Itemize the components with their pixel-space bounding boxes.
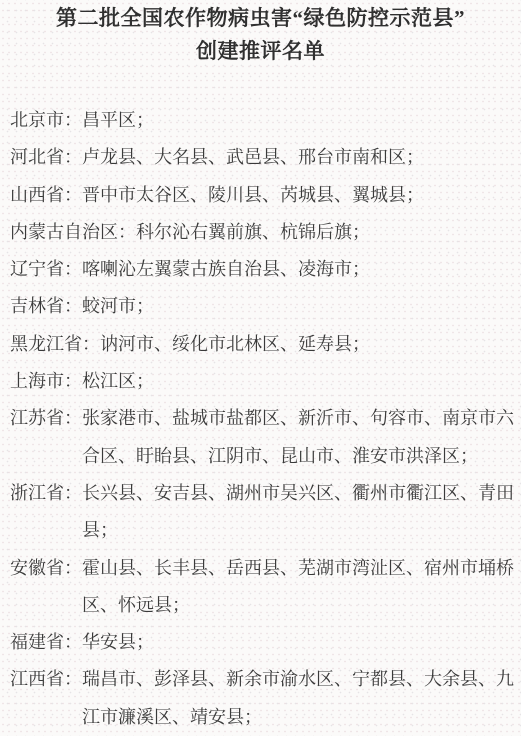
title-line-2: 创建推评名单 bbox=[0, 35, 521, 68]
province-entry-shanxi: 山西省：晋中市太谷区、陵川县、芮城县、翼城县； bbox=[10, 177, 516, 214]
province-label: 浙江省： bbox=[10, 483, 82, 503]
province-label: 吉林省： bbox=[10, 296, 82, 316]
province-label: 河北省： bbox=[10, 147, 82, 167]
province-regions: 霍山县、长丰县、岳西县、芜湖市湾沚区、宿州市埇桥区、怀远县； bbox=[82, 558, 514, 615]
province-entry-beijing: 北京市：昌平区； bbox=[10, 102, 516, 139]
province-regions: 昌平区； bbox=[82, 110, 154, 130]
province-regions: 松江区； bbox=[82, 371, 154, 391]
province-list: 北京市：昌平区； 河北省：卢龙县、大名县、武邑县、邢台市南和区； 山西省：晋中市… bbox=[10, 102, 516, 736]
province-regions: 喀喇沁左翼蒙古族自治县、凌海市； bbox=[82, 259, 370, 279]
province-label: 福建省： bbox=[10, 632, 82, 652]
province-regions: 瑞昌市、彭泽县、新余市渝水区、宁都县、大余县、九江市濂溪区、靖安县； bbox=[82, 669, 514, 726]
document-page: 第二批全国农作物病虫害“绿色防控示范县” 创建推评名单 北京市：昌平区； 河北省… bbox=[0, 0, 521, 736]
province-regions: 长兴县、安吉县、湖州市吴兴区、衢州市衢江区、青田县； bbox=[82, 483, 514, 540]
province-regions: 蛟河市； bbox=[82, 296, 154, 316]
province-entry-jiangxi: 江西省：瑞昌市、彭泽县、新余市渝水区、宁都县、大余县、九江市濂溪区、靖安县； bbox=[10, 661, 516, 736]
province-entry-anhui: 安徽省：霍山县、长丰县、岳西县、芜湖市湾沚区、宿州市埇桥区、怀远县； bbox=[10, 550, 516, 625]
province-label: 山西省： bbox=[10, 185, 82, 205]
province-regions: 讷河市、绥化市北林区、延寿县； bbox=[100, 334, 370, 354]
province-label: 江苏省： bbox=[10, 408, 82, 428]
province-label: 辽宁省： bbox=[10, 259, 82, 279]
province-regions: 华安县； bbox=[82, 632, 154, 652]
document-title: 第二批全国农作物病虫害“绿色防控示范县” 创建推评名单 bbox=[0, 0, 521, 68]
province-entry-jilin: 吉林省：蛟河市； bbox=[10, 288, 516, 325]
province-label: 江西省： bbox=[10, 669, 82, 689]
province-entry-zhejiang: 浙江省：长兴县、安吉县、湖州市吴兴区、衢州市衢江区、青田县； bbox=[10, 475, 516, 550]
province-label: 内蒙古自治区： bbox=[10, 222, 136, 242]
province-entry-fujian: 福建省：华安县； bbox=[10, 624, 516, 661]
province-regions: 张家港市、盐城市盐都区、新沂市、句容市、南京市六合区、盱眙县、江阴市、昆山市、淮… bbox=[82, 408, 514, 465]
province-regions: 晋中市太谷区、陵川县、芮城县、翼城县； bbox=[82, 185, 424, 205]
province-label: 黑龙江省： bbox=[10, 334, 100, 354]
province-entry-neimenggu: 内蒙古自治区：科尔沁右翼前旗、杭锦后旗； bbox=[10, 214, 516, 251]
province-regions: 科尔沁右翼前旗、杭锦后旗； bbox=[136, 222, 370, 242]
province-entry-shanghai: 上海市：松江区； bbox=[10, 363, 516, 400]
province-label: 安徽省： bbox=[10, 558, 82, 578]
title-line-1: 第二批全国农作物病虫害“绿色防控示范县” bbox=[0, 2, 521, 35]
province-label: 北京市： bbox=[10, 110, 82, 130]
province-regions: 卢龙县、大名县、武邑县、邢台市南和区； bbox=[82, 147, 424, 167]
province-label: 上海市： bbox=[10, 371, 82, 391]
province-entry-heilongjiang: 黑龙江省：讷河市、绥化市北林区、延寿县； bbox=[10, 326, 516, 363]
province-entry-liaoning: 辽宁省：喀喇沁左翼蒙古族自治县、凌海市； bbox=[10, 251, 516, 288]
province-entry-jiangsu: 江苏省：张家港市、盐城市盐都区、新沂市、句容市、南京市六合区、盱眙县、江阴市、昆… bbox=[10, 400, 516, 475]
province-entry-hebei: 河北省：卢龙县、大名县、武邑县、邢台市南和区； bbox=[10, 139, 516, 176]
